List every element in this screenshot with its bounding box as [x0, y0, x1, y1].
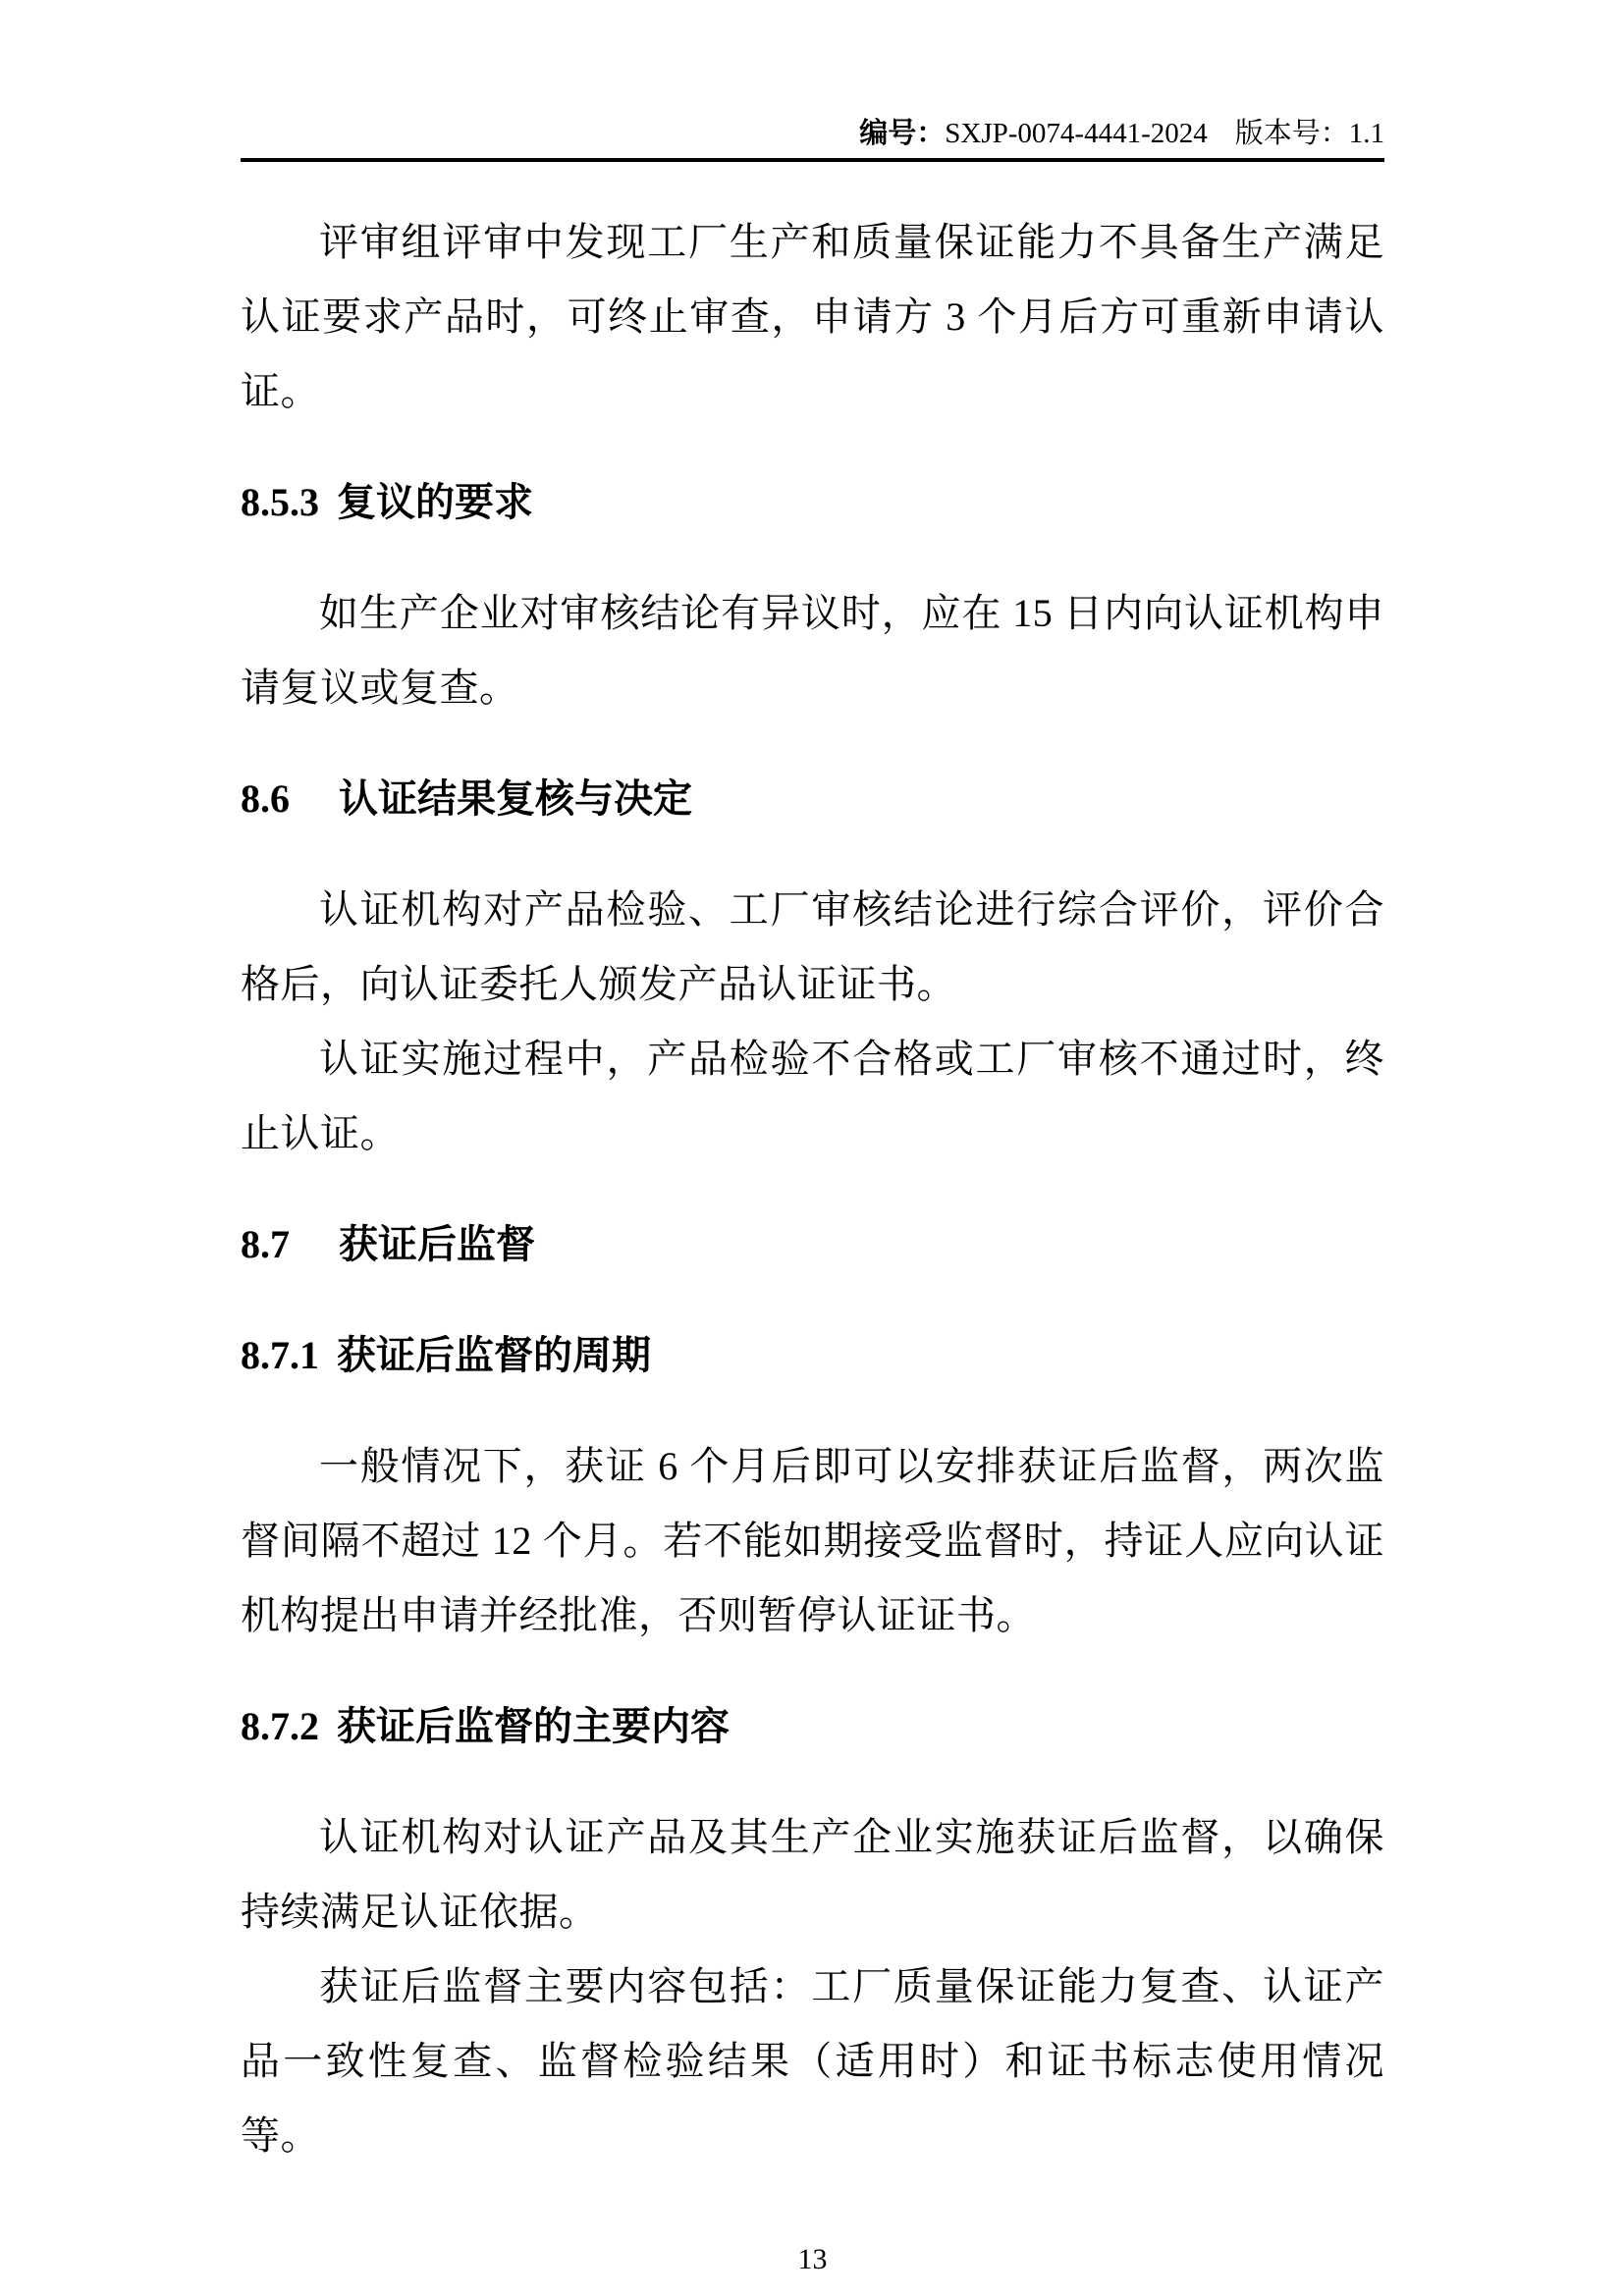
heading-number: 8.7.1 — [241, 1333, 319, 1377]
heading-number: 8.7.2 — [241, 1704, 319, 1748]
header-divider-rule — [241, 158, 1384, 162]
doc-number-value: SXJP-0074-4441-2024 — [945, 118, 1207, 149]
section-heading-8-7: 8.7获证后监督 — [241, 1207, 1384, 1282]
section-heading-8-7-1: 8.7.1获证后监督的周期 — [241, 1318, 1384, 1393]
heading-title: 获证后监督的主要内容 — [337, 1704, 730, 1748]
section-heading-8-6: 8.6认证结果复核与决定 — [241, 762, 1384, 836]
heading-title: 复议的要求 — [337, 480, 533, 524]
heading-title: 获证后监督 — [339, 1222, 535, 1266]
heading-title: 认证结果复核与决定 — [339, 776, 692, 821]
paragraph-supervision-cycle: 一般情况下，获证 6 个月后即可以安排获证后监督，两次监督间隔不超过 12 个月… — [241, 1429, 1384, 1653]
paragraph-supervision-content: 获证后监督主要内容包括：工厂质量保证能力复查、认证产品一致性复查、监督检验结果（… — [241, 1949, 1384, 2173]
version-label: 版本号： — [1235, 118, 1349, 149]
doc-number-label: 编号： — [859, 118, 945, 149]
page-footer: 13 — [241, 2240, 1384, 2279]
heading-number: 8.6 — [241, 776, 290, 821]
paragraph-objection: 如生产企业对审核结论有异议时，应在 15 日内向认证机构申请复议或复查。 — [241, 576, 1384, 725]
page-number: 13 — [798, 2243, 828, 2275]
paragraph-review-termination: 评审组评审中发现工厂生产和质量保证能力不具备生产满足认证要求产品时，可终止审查，… — [241, 205, 1384, 429]
paragraph-termination: 认证实施过程中，产品检验不合格或工厂审核不通过时，终止认证。 — [241, 1022, 1384, 1171]
version-value: 1.1 — [1349, 118, 1384, 149]
heading-number: 8.7 — [241, 1222, 290, 1266]
document-header: 编号：SXJP-0074-4441-2024版本号：1.1 — [241, 0, 1384, 151]
section-heading-8-5-3: 8.5.3复议的要求 — [241, 465, 1384, 540]
heading-number: 8.5.3 — [241, 480, 319, 524]
paragraph-supervision-purpose: 认证机构对认证产品及其生产企业实施获证后监督，以确保持续满足认证依据。 — [241, 1800, 1384, 1949]
section-heading-8-7-2: 8.7.2获证后监督的主要内容 — [241, 1689, 1384, 1764]
paragraph-result-evaluation: 认证机构对产品检验、工厂审核结论进行综合评价，评价合格后，向认证委托人颁发产品认… — [241, 873, 1384, 1022]
heading-title: 获证后监督的周期 — [337, 1333, 651, 1377]
document-page: 编号：SXJP-0074-4441-2024版本号：1.1 评审组评审中发现工厂… — [0, 0, 1624, 2296]
